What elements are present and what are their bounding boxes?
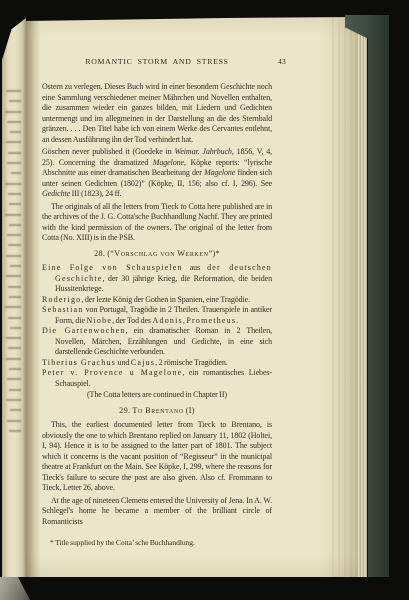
paragraph-brentano-2: At the age of nineteen Clemens entered t… <box>42 496 272 528</box>
footnote: * Title supplied by the Cotta’ sche Buch… <box>42 538 272 549</box>
work-entry: Die Gartenwochen, ein dramatischer Roman… <box>42 326 272 358</box>
ghost-text-line <box>7 162 21 164</box>
ghost-text-line <box>5 306 21 308</box>
ghost-text-line <box>9 296 21 298</box>
work-entry: Tiberius Grachus und Cajus, 2 römische T… <box>42 358 272 369</box>
ghost-text-line <box>8 193 21 195</box>
ghost-text-line <box>7 234 21 236</box>
running-header-title: ROMANTIC STORM AND STRESS <box>42 57 272 68</box>
paragraph-quote-continuation: Ostern zu verlegen. Dieses Buch wird in … <box>42 82 272 145</box>
ghost-text-line <box>8 347 21 349</box>
ghost-text-line <box>7 121 21 123</box>
ghost-text-line <box>9 224 21 226</box>
page-edges-stack <box>358 19 367 577</box>
work-entry: Roderigo, der lezte König der Gothen in … <box>42 295 272 306</box>
ghost-text-line <box>10 131 21 133</box>
ghost-text-line <box>8 317 21 319</box>
section-29-heading: 29. To Brentano (I) <box>42 406 272 417</box>
facing-page-edge <box>2 18 26 577</box>
paragraph-originals-note: The originals of all the letters from Ti… <box>42 202 272 244</box>
ghost-text-line <box>9 389 21 391</box>
works-list: Eine Folge von Schauspielen aus der deut… <box>42 263 272 389</box>
running-header: ROMANTIC STORM AND STRESS 43 <box>42 57 272 67</box>
ghost-text-line <box>6 337 21 339</box>
ghost-text-line <box>7 378 21 380</box>
work-entry: Eine Folge von Schauspielen aus der deut… <box>42 263 272 295</box>
gutter-shadow <box>26 17 40 577</box>
ghost-text-line <box>8 286 21 288</box>
ghost-text-line <box>10 409 21 411</box>
page-curl-shading <box>328 17 358 577</box>
ghost-text-line <box>11 172 21 174</box>
page-number: 43 <box>278 57 286 68</box>
ghost-text-line <box>8 152 21 154</box>
paragraph-brentano-1: This, the earliest documented letter fro… <box>42 420 272 494</box>
cotta-continuation-note: (The Cotta letters are continued in Chap… <box>42 390 272 401</box>
ghost-text-line <box>9 430 21 432</box>
ghost-text-line <box>6 358 21 360</box>
ghost-text-line <box>6 275 21 277</box>
table-surface-corner <box>0 577 30 600</box>
facing-page-ghost-text <box>4 90 21 440</box>
work-entry: Sebastian von Portugal, Tragödie in 2 Th… <box>42 305 272 326</box>
ghost-text-line <box>6 255 21 257</box>
book-page: ROMANTIC STORM AND STRESS 43 Ostern zu v… <box>26 17 358 577</box>
section-28-heading: 28. (“Vorschlag von Werken”)* <box>42 249 272 260</box>
ghost-text-line <box>10 265 21 267</box>
ghost-text-line <box>8 244 21 246</box>
paragraph-goeschen-note: Göschen never published it (Goedeke in W… <box>42 147 272 200</box>
ghost-text-line <box>6 399 21 401</box>
ghost-text-line <box>6 141 21 143</box>
ghost-text-line <box>5 214 21 216</box>
ghost-text-line <box>10 327 21 329</box>
ghost-text-line <box>9 368 21 370</box>
book-photo: ROMANTIC STORM AND STRESS 43 Ostern zu v… <box>0 0 409 600</box>
ghost-text-line <box>9 100 21 102</box>
ghost-text-line <box>7 420 21 422</box>
work-entry: Peter v. Provence u Magelone, ein romant… <box>42 368 272 389</box>
ghost-text-line <box>9 203 21 205</box>
ghost-text-line <box>5 183 21 185</box>
page-text-column: ROMANTIC STORM AND STRESS 43 Ostern zu v… <box>42 57 272 549</box>
ghost-text-line <box>6 90 21 92</box>
ghost-text-line <box>5 111 21 113</box>
